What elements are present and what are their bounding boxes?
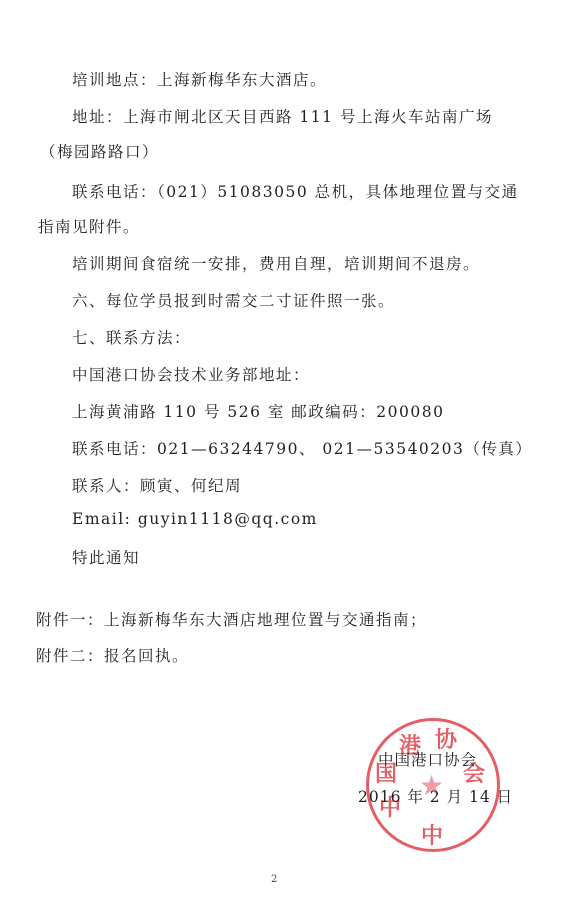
- page-number: 2: [271, 874, 277, 885]
- attachment-one: 附件一：上海新梅华东大酒店地理位置与交通指南；: [36, 608, 427, 630]
- email-line: Email: guyin1118@qq.com: [72, 510, 318, 528]
- seal-char: 中: [421, 819, 443, 850]
- dept-address: 上海黄浦路 110 号 526 室 邮政编码：200080: [72, 400, 444, 422]
- training-location: 培训地点：上海新梅华东大酒店。: [72, 68, 327, 90]
- item-six: 六、每位学员报到时需交二寸证件照一张。: [72, 289, 395, 311]
- dept-address-label: 中国港口协会技术业务部地址：: [72, 363, 310, 385]
- contact-phones: 联系电话：021—63244790、 021—53540203（传真）: [72, 437, 532, 459]
- signature-org: 中国港口协会: [378, 748, 477, 770]
- accommodation-note: 培训期间食宿统一安排，费用自理，培训期间不退房。: [72, 252, 480, 274]
- hotel-phone-line-1: 联系电话：（021）51083050 总机，具体地理位置与交通: [72, 180, 519, 202]
- item-seven-heading: 七、联系方法：: [72, 326, 191, 348]
- attachment-two: 附件二：报名回执。: [36, 644, 189, 666]
- address-line-1: 地址：上海市闸北区天目西路 111 号上海火车站南广场: [72, 105, 493, 127]
- closing-note: 特此通知: [72, 546, 140, 568]
- hotel-phone-line-2: 指南见附件。: [38, 215, 140, 237]
- address-line-2: （梅园路路口）: [40, 140, 159, 162]
- contact-persons: 联系人：顾寅、何纪周: [72, 474, 242, 496]
- signature-date: 2016 年 2 月 14 日: [358, 785, 513, 807]
